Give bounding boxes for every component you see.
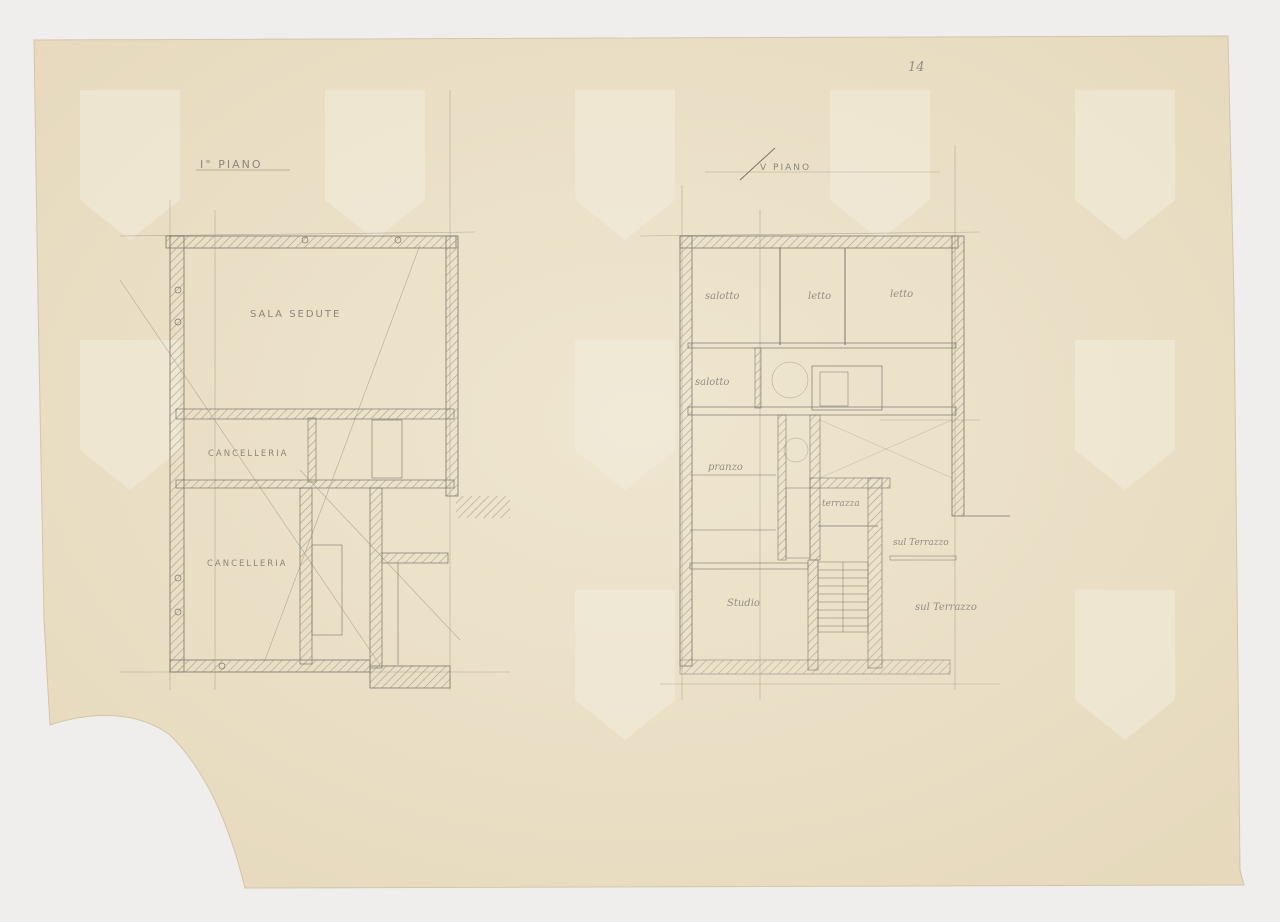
room-label: letto: [808, 291, 831, 302]
plan-title-fifth: V PIANO: [760, 163, 811, 173]
room-label: sul Terrazzo: [893, 538, 949, 548]
room-label: CANCELLERIA: [208, 449, 288, 459]
room-label: terrazza: [822, 499, 860, 509]
room-label: SALA SEDUTE: [250, 309, 341, 320]
room-label: salotto: [705, 291, 739, 302]
page-number: 14: [908, 60, 925, 75]
plan-title-first: I° PIANO: [200, 158, 263, 171]
room-label: pranzo: [708, 462, 743, 473]
drawing-sheet: 14 I° PIANO: [0, 0, 1280, 922]
room-label: sul Terrazzo: [915, 602, 977, 613]
room-label: letto: [890, 289, 913, 300]
room-label: CANCELLERIA: [207, 559, 287, 569]
room-label: salotto: [695, 377, 729, 388]
room-label: Studio: [727, 598, 760, 609]
